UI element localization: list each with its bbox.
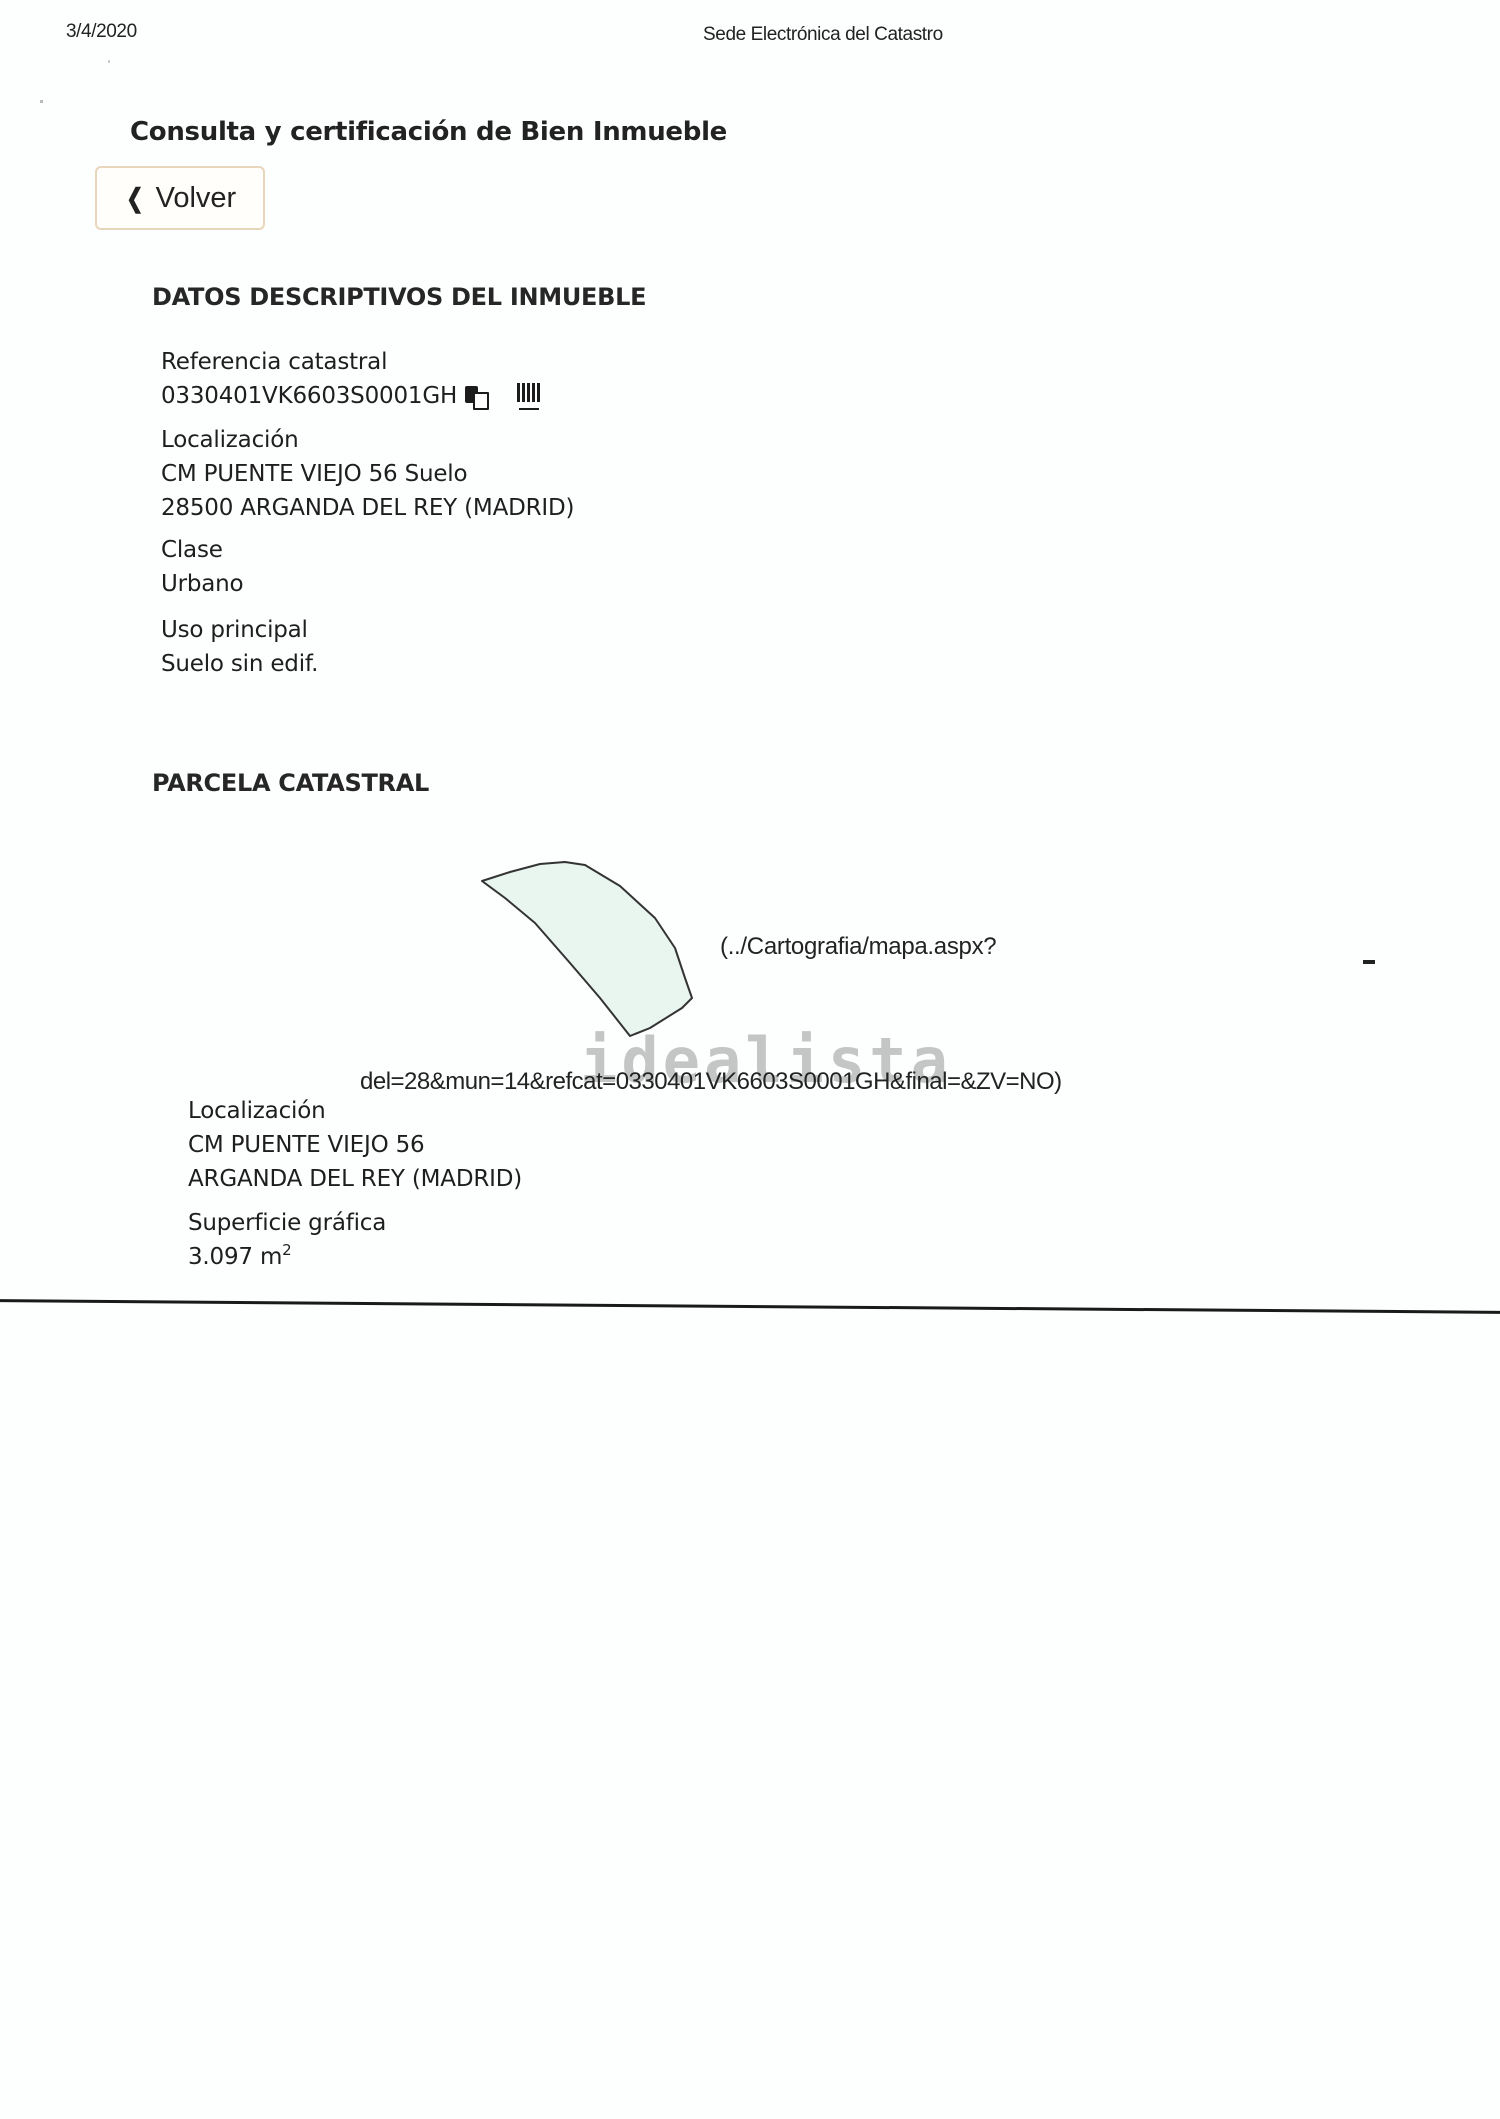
field-label: Superficie gráfica bbox=[188, 1206, 386, 1240]
map-link-line1[interactable]: (../Cartografia/mapa.aspx? bbox=[720, 933, 996, 961]
localizacion-line2: 28500 ARGANDA DEL REY (MADRID) bbox=[161, 491, 574, 525]
parcel-map-image[interactable] bbox=[470, 848, 740, 1048]
scan-speck bbox=[40, 100, 43, 103]
uso-principal-value: Suelo sin edif. bbox=[161, 647, 318, 681]
superficie-value: 3.097 m2 bbox=[188, 1240, 386, 1274]
field-localizacion: Localización CM PUENTE VIEJO 56 Suelo 28… bbox=[161, 423, 574, 525]
localizacion-line1: CM PUENTE VIEJO 56 Suelo bbox=[161, 457, 574, 491]
back-button[interactable]: ❮ Volver bbox=[95, 166, 265, 230]
page-divider-line bbox=[0, 1299, 1500, 1314]
section-title-parcela: PARCELA CATASTRAL bbox=[152, 769, 429, 797]
scan-speck bbox=[108, 60, 110, 63]
page-title: Consulta y certificación de Bien Inmuebl… bbox=[130, 117, 727, 147]
copy-icon[interactable] bbox=[465, 385, 487, 407]
parcela-localizacion-line2: ARGANDA DEL REY (MADRID) bbox=[188, 1162, 522, 1196]
scan-mark bbox=[1363, 960, 1375, 964]
section-title-datos: DATOS DESCRIPTIVOS DEL INMUEBLE bbox=[152, 283, 646, 311]
barcode-icon[interactable] bbox=[517, 383, 541, 410]
field-parcela-localizacion: Localización CM PUENTE VIEJO 56 ARGANDA … bbox=[188, 1094, 522, 1196]
print-date: 3/4/2020 bbox=[66, 21, 137, 43]
field-superficie-grafica: Superficie gráfica 3.097 m2 bbox=[188, 1206, 386, 1274]
back-button-label: Volver bbox=[156, 182, 237, 215]
field-uso-principal: Uso principal Suelo sin edif. bbox=[161, 613, 318, 681]
clase-value: Urbano bbox=[161, 567, 243, 601]
parcela-localizacion-line1: CM PUENTE VIEJO 56 bbox=[188, 1128, 522, 1162]
print-site-name: Sede Electrónica del Catastro bbox=[703, 24, 943, 46]
referencia-catastral-value: 0330401VK6603S0001GH bbox=[161, 379, 457, 413]
field-label: Clase bbox=[161, 533, 243, 567]
field-referencia-catastral: Referencia catastral 0330401VK6603S0001G… bbox=[161, 345, 541, 413]
map-link-line2[interactable]: del=28&mun=14&refcat=0330401VK6603S0001G… bbox=[360, 1068, 1062, 1096]
chevron-left-icon: ❮ bbox=[126, 183, 143, 214]
parcel-polygon bbox=[482, 862, 692, 1036]
field-label: Localización bbox=[161, 423, 574, 457]
field-clase: Clase Urbano bbox=[161, 533, 243, 601]
field-label: Localización bbox=[188, 1094, 522, 1128]
field-label: Uso principal bbox=[161, 613, 318, 647]
field-label: Referencia catastral bbox=[161, 345, 541, 379]
